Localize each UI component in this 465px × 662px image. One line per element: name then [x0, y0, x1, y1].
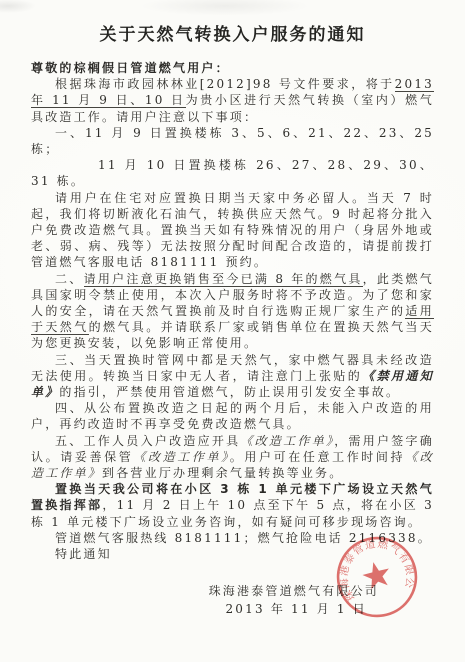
- company-name: 珠海港泰管道燃气有限公司: [31, 583, 379, 600]
- schedule-line-1: 一、11 月 9 日置换楼栋 3、5、6、21、22、23、25 栋；: [31, 125, 434, 157]
- old-appliance-warning-underlined: 请用户注意更换销售至今已满 8 年的燃气具: [84, 272, 363, 287]
- item-5-text-d: 到各营业厅办理剩余气量转换等业务。: [102, 466, 343, 480]
- stay-home-paragraph: 请用户在住宅对应置换日期当天家中务必留人。当天 7 时起，我们将切断液化石油气，…: [31, 190, 434, 271]
- intro-paragraph: 根据珠海市政园林林业[2012]98 号文件要求，将于2013 年 11 月 9…: [31, 76, 434, 125]
- schedule-line-2: 11 月 10 日置换楼栋 26、27、28、29、30、31 栋。: [31, 157, 434, 189]
- item-3-paragraph: 三、当天置换时管网中都是天然气，家中燃气器具未经改造无法使用。转换当日家中无人者…: [31, 352, 434, 401]
- command-post-paragraph: 置换当天我公司将在小区 3 栋 1 单元楼下广场设立天然气置换指挥部，11 月 …: [31, 481, 434, 530]
- notice-title: 关于天然气转换入户服务的通知: [0, 20, 465, 45]
- notice-document: 关于天然气转换入户服务的通知 尊敬的棕榈假日管道燃气用户： 根据珠海市政园林林业…: [0, 0, 465, 662]
- item-3-text-post: 的指引，严禁使用管道燃气，防止误用引发安全事故。: [59, 385, 400, 399]
- signature-block: 珠海港泰管道燃气有限公司 2013 年 11 月 1 日: [31, 583, 434, 618]
- item-2-number: 二、: [55, 272, 84, 286]
- work-order-term: 《改造工作单》: [240, 434, 334, 448]
- item-5-text-c: 。用户可在任意工作时间持: [230, 450, 405, 464]
- hotline-line: 管道燃气客服热线 8181111；燃气抢险电话 2116338。: [31, 530, 434, 546]
- item-4-paragraph: 四、从公布置换改造之日起的两个月后，未能入户改造的用户，再约改造时不再享受免费改…: [31, 400, 434, 432]
- salutation: 尊敬的棕榈假日管道燃气用户：: [31, 60, 434, 76]
- item-5-paragraph: 五、工作人员入户改造应开具《改造工作单》，需用户签字确认。请妥善保管《改造工作单…: [31, 433, 434, 482]
- intro-text-pre: 根据珠海市政园林林业[2012]98 号文件要求，将于: [55, 77, 395, 91]
- item-5-text-a: 五、工作人员入户改造应开具: [55, 434, 240, 448]
- item-2-paragraph: 二、请用户注意更换销售至今已满 8 年的燃气具，此类燃气具国家明令禁止使用，本次…: [31, 271, 434, 352]
- work-order-term: 《改造工作单》: [133, 450, 229, 464]
- closing-line: 特此通知: [31, 546, 434, 562]
- issue-date: 2013 年 11 月 1 日: [31, 601, 367, 618]
- notice-body: 尊敬的棕榈假日管道燃气用户： 根据珠海市政园林林业[2012]98 号文件要求，…: [31, 60, 434, 618]
- item-2-text-end: 的燃气具。并请联系厂家或销售单位在置换天然气当天为您更换安装，以免影响正常使用。: [31, 320, 434, 350]
